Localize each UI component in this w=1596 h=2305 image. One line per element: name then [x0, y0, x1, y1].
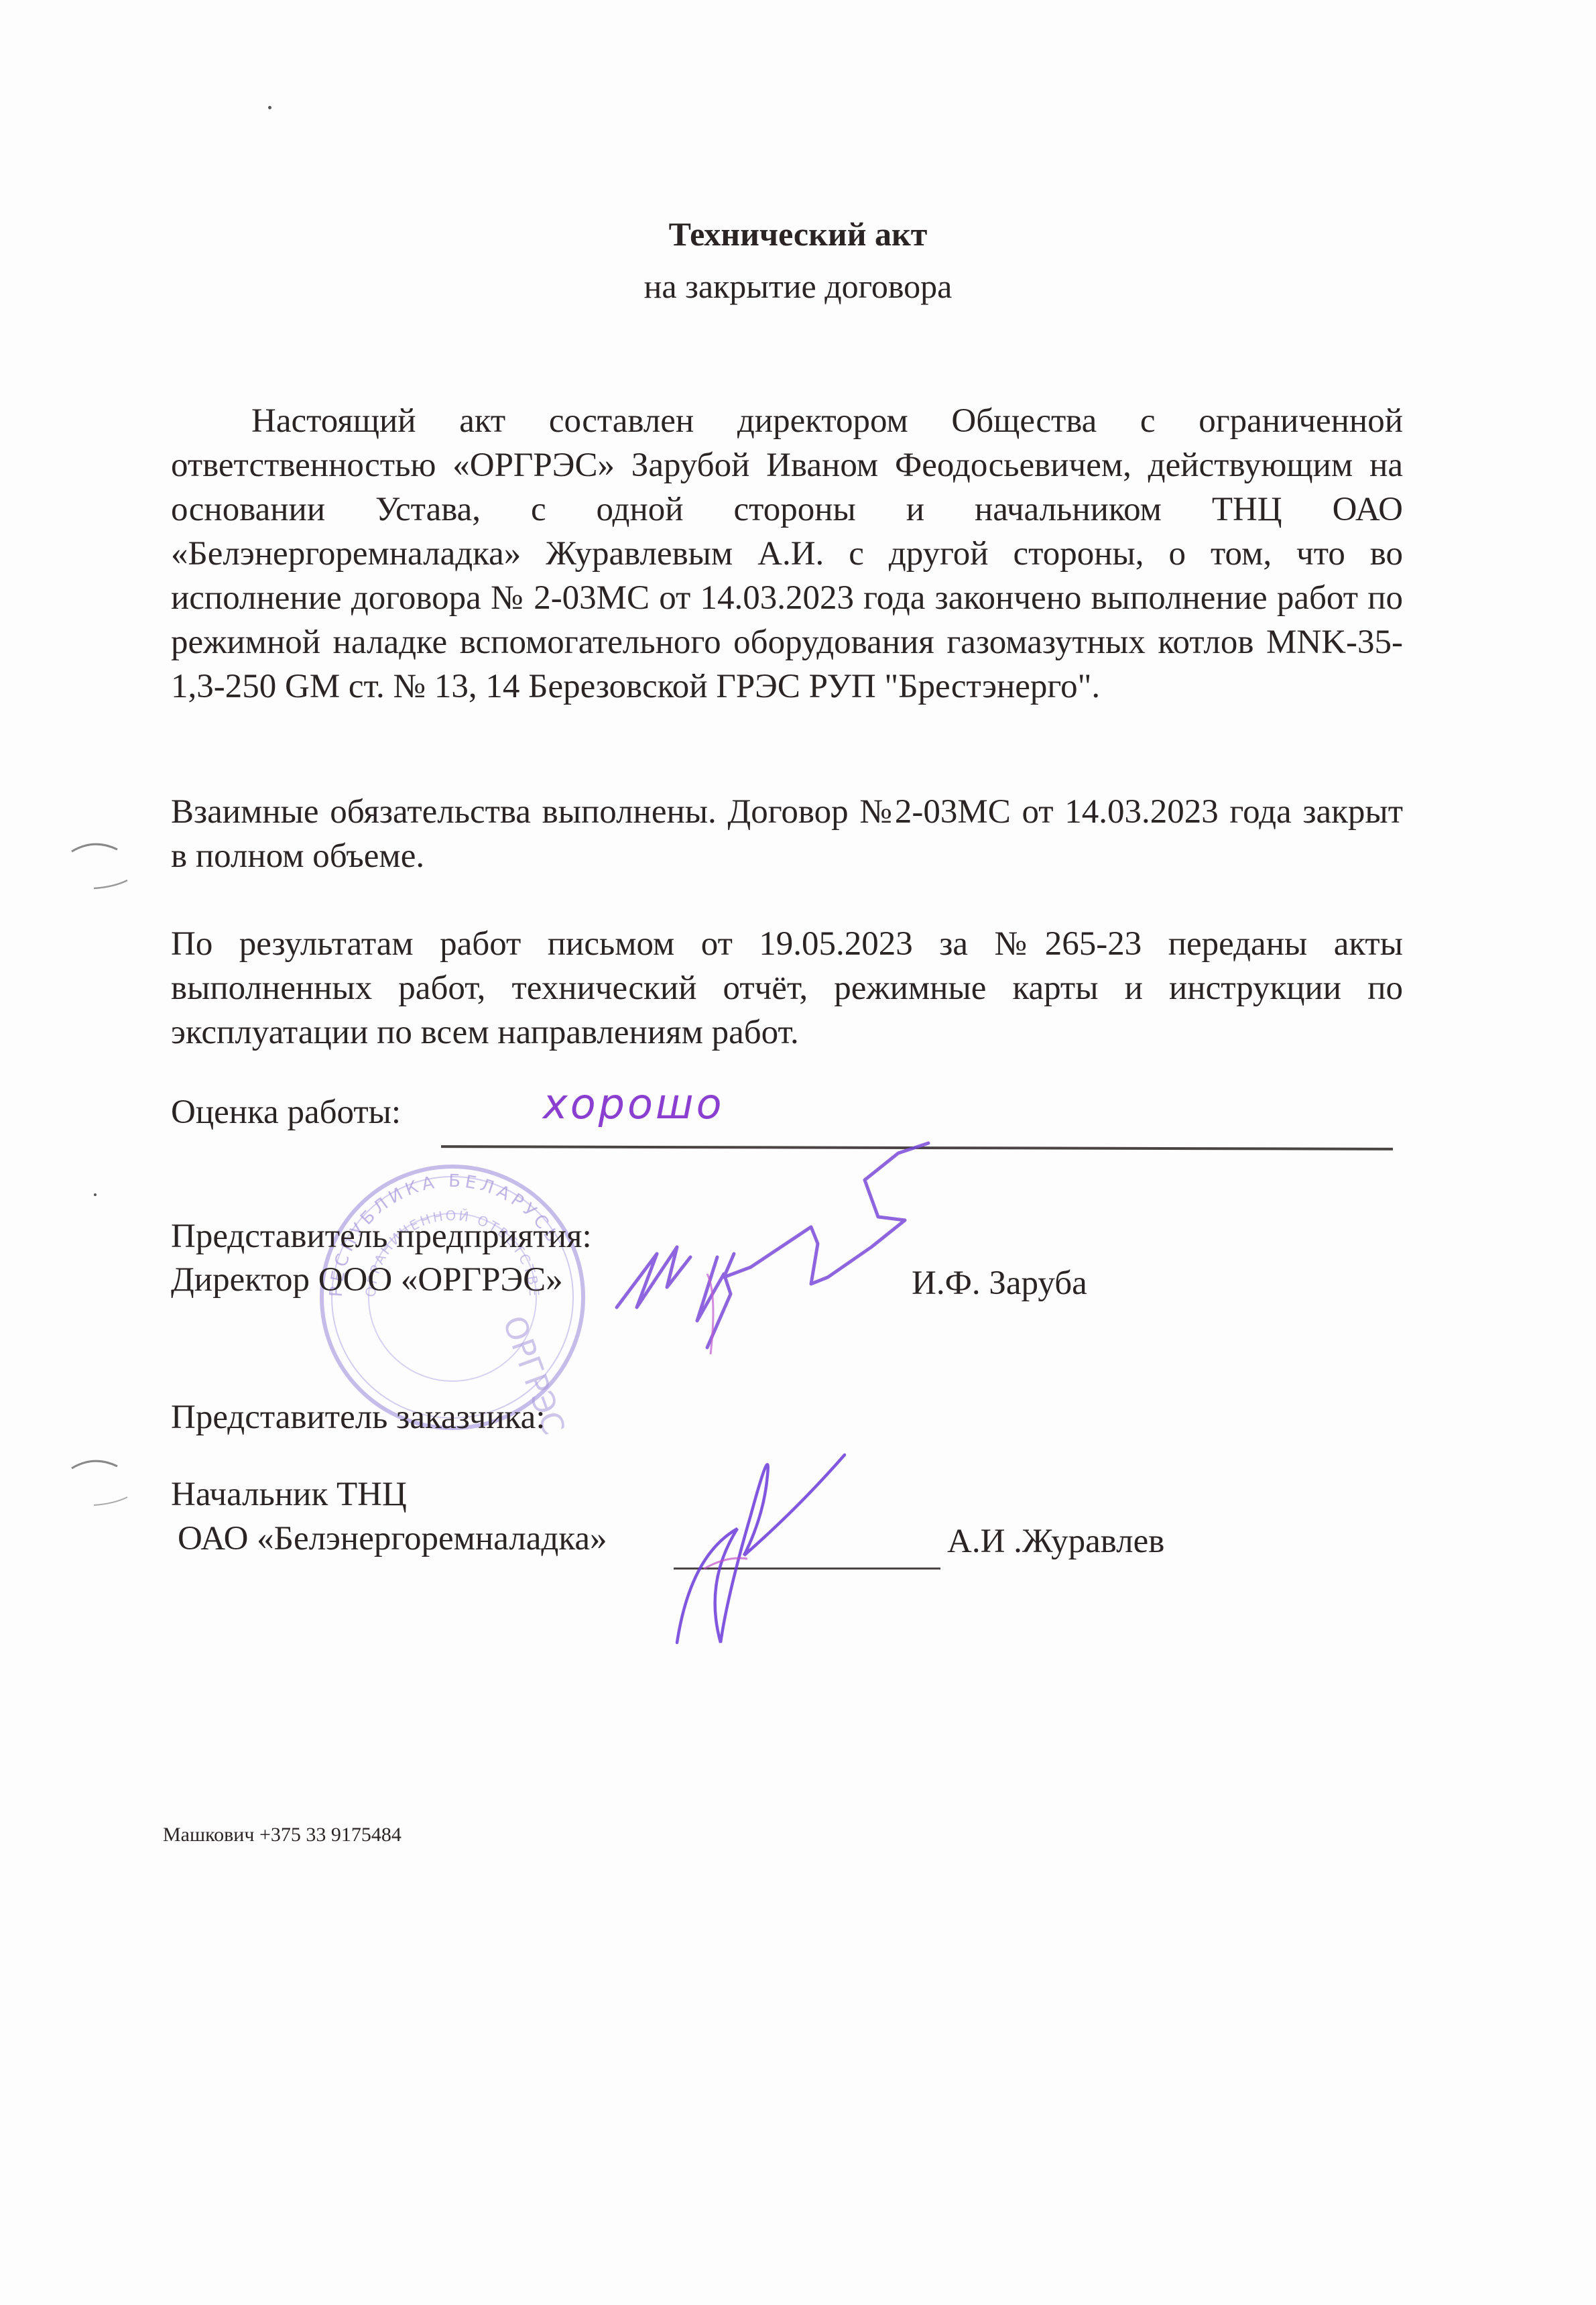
customer-rep-role-line1: Начальник ТНЦ: [171, 1475, 407, 1514]
punch-hole-mark: [64, 835, 131, 895]
customer-signature-line: [674, 1568, 940, 1570]
scan-speck: [268, 106, 271, 109]
customer-rep-heading: Представитель заказчика:: [171, 1398, 546, 1437]
contractor-rep-name: И.Ф. Заруба: [912, 1264, 1087, 1303]
rating-underline: [441, 1145, 1393, 1150]
document-subtitle: на закрытие договора: [0, 267, 1596, 306]
contractor-rep-heading: Представитель предприятия:: [171, 1217, 592, 1256]
scan-speck: [94, 1193, 97, 1196]
contact-footer: Машкович +375 33 9175484: [163, 1824, 402, 1846]
paragraph-act-statement: Настоящий акт составлен директором Общес…: [171, 399, 1403, 709]
rating-handwritten-value: хорошо: [543, 1079, 725, 1128]
rating-label: Оценка работы:: [171, 1093, 401, 1132]
paragraph-obligations: Взаимные обязательства выполнены. Догово…: [171, 790, 1403, 878]
paragraph-results: По результатам работ письмом от 19.05.20…: [171, 922, 1403, 1055]
contractor-rep-role: Директор ООО «ОРГРЭС»: [171, 1260, 563, 1299]
punch-hole-mark: [64, 1452, 131, 1512]
customer-rep-role-line2: ОАО «Белэнергоремналадка»: [178, 1519, 607, 1558]
document-title: Технический акт: [0, 215, 1596, 253]
document-page: Технический акт на закрытие договора Нас…: [0, 0, 1596, 2305]
customer-rep-name: А.И .Журавлев: [947, 1522, 1164, 1561]
